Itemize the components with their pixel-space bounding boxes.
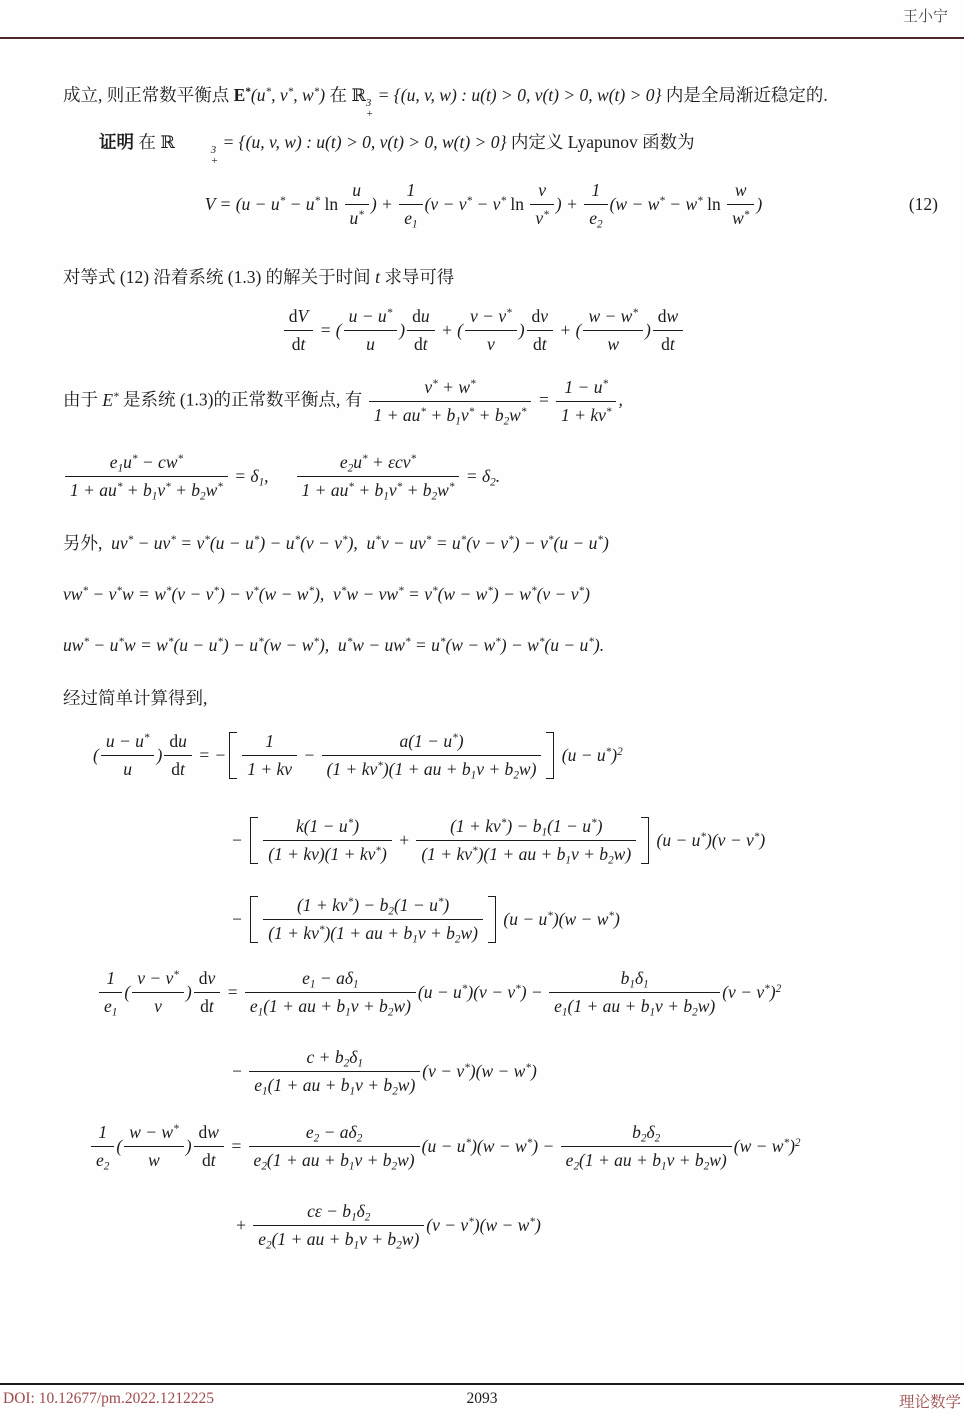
- math-text: ): [399, 320, 405, 341]
- math-text: ,: [618, 390, 622, 410]
- fraction: (1 + kv*) − b1(1 − u*)(1 + kv*)(1 + au +…: [416, 815, 636, 866]
- fraction: w − w*w: [124, 1121, 184, 1172]
- fraction: dvdt: [194, 967, 221, 1018]
- fraction: 1e2: [91, 1121, 114, 1172]
- math-text: = δ2.: [461, 466, 500, 487]
- math-text: −: [299, 745, 320, 766]
- math-text: + (: [437, 320, 463, 341]
- equation-u-line-1: (u − u*u)dudt = −11 + kv − a(1 − u*)(1 +…: [63, 730, 904, 781]
- fraction: 1e1: [99, 967, 122, 1018]
- math-text: (w − w*)2: [734, 1136, 801, 1157]
- para-identities-2: vw* − v*w = w*(v − v*) − v*(w − w*), v*w…: [63, 579, 904, 609]
- math-text: = (: [315, 320, 341, 341]
- math-text: (u − u*)(w − w*) −: [422, 1136, 559, 1157]
- math-text: (u − u*)(v − v*): [652, 830, 765, 851]
- math-text: (: [116, 1136, 122, 1157]
- footer: DOI: 10.12677/pm.2022.1212225 2093 理论数学: [0, 1390, 964, 1412]
- math-text: V = (u − u* − u* ln: [205, 194, 343, 215]
- fraction: e2u* + εcv*1 + au* + b1v* + b2w*: [297, 451, 460, 502]
- math-text: (u − u*)(w − w*): [499, 909, 620, 930]
- equation-u-line-3: − (1 + kv*) − b2(1 − u*)(1 + kv*)(1 + au…: [63, 894, 904, 945]
- bracket-left: [229, 732, 237, 779]
- math-text: (v − v*)(w − w*): [426, 1215, 541, 1236]
- bracket-left: [250, 817, 258, 864]
- fraction: dwdt: [653, 305, 683, 356]
- fraction: k(1 − u*)(1 + kv)(1 + kv*): [263, 815, 392, 866]
- math-text: +: [394, 830, 415, 851]
- fraction: 11 + kv: [242, 730, 297, 781]
- fraction: 1e1: [399, 179, 422, 230]
- bracket-right: [546, 732, 554, 779]
- fraction: e2 − aδ2e2(1 + au + b1v + b2w): [249, 1121, 420, 1172]
- fraction: a(1 − u*)(1 + kv*)(1 + au + b1v + b2w): [322, 730, 542, 781]
- math-text: 内定义 Lyapunov 函数为: [506, 132, 694, 152]
- bracket-right: [641, 817, 649, 864]
- math-text: 对等式 (12) 沿着系统 (1.3) 的解关于时间: [63, 267, 375, 287]
- math-text: = −: [194, 745, 226, 766]
- header-author: 王小宁: [903, 5, 948, 26]
- fraction: vv*: [530, 179, 553, 230]
- fraction: cε − b1δ2e2(1 + au + b1v + b2w): [253, 1200, 424, 1251]
- math-text: ) +: [371, 194, 397, 215]
- para-derivative-intro: 对等式 (12) 沿着系统 (1.3) 的解关于时间 t 求导可得: [63, 260, 904, 295]
- math-text: E*: [102, 390, 118, 410]
- para-conclusion: 成立, 则正常数平衡点 E*(u*, v*, w*) 在 ℝ3+ = {(u, …: [63, 78, 904, 121]
- math-text: E*: [234, 85, 251, 105]
- equation-w-line-2: + cε − b1δ2e2(1 + au + b1v + b2w)(v − v*…: [63, 1200, 904, 1251]
- para-proof-intro: 证明 在 ℝ3+ = {(u, v, w) : u(t) > 0, v(t) >…: [63, 125, 904, 168]
- math-text: uv* − uv* = v*(u − u*) − u*(v − v*), u*v…: [111, 533, 609, 553]
- math-text: ): [756, 194, 762, 215]
- fraction: v* + w*1 + au* + b1v* + b2w*: [369, 376, 532, 427]
- math-text: ℝ3+ = {(u, v, w) : u(t) > 0, v(t) > 0, w…: [160, 132, 506, 152]
- math-text: (: [124, 982, 130, 1003]
- footer-rule: [0, 1383, 964, 1385]
- math-text: ): [186, 982, 192, 1003]
- fraction: b2δ2e2(1 + au + b1v + b2w): [561, 1121, 732, 1172]
- fraction: w − w*w: [583, 305, 643, 356]
- math-text: 在: [325, 85, 351, 105]
- fraction: uu*: [345, 179, 369, 230]
- math-text: ): [645, 320, 651, 341]
- math-text: −: [231, 909, 247, 930]
- para-equilibrium-relations: 由于 E* 是系统 (1.3)的正常数平衡点, 有 v* + w*1 + au*…: [63, 376, 904, 427]
- header-rule: [0, 37, 964, 39]
- equation-dVdt: dVdt = (u − u*u)dudt + (v − v*v)dvdt + (…: [63, 305, 904, 356]
- math-text: vw* − v*w = w*(v − v*) − v*(w − w*), v*w…: [63, 584, 590, 604]
- math-text: 求导可得: [380, 267, 454, 287]
- equation-12-lyapunov: V = (u − u* − u* ln uu*) + 1e1(v − v* − …: [63, 179, 904, 230]
- math-text: −: [231, 1061, 247, 1082]
- equation-w-line-1: 1e2(w − w*w)dwdt = e2 − aδ2e2(1 + au + b…: [63, 1121, 904, 1172]
- fraction: dVdt: [284, 305, 313, 356]
- fraction: b1δ1e1(1 + au + b1v + b2w): [549, 967, 720, 1018]
- math-text: ) +: [556, 194, 582, 215]
- math-text: (: [93, 745, 99, 766]
- math-text: (w − w* − w* ln: [610, 194, 726, 215]
- para-identities-3: uw* − u*w = w*(u − u*) − u*(w − w*), u*w…: [63, 630, 904, 660]
- equation-v-line-2: − c + b2δ1e1(1 + au + b1v + b2w)(v − v*)…: [63, 1046, 904, 1097]
- footer-journal: 理论数学: [899, 1390, 961, 1412]
- math-text: + (: [555, 320, 581, 341]
- math-text: 在: [134, 132, 160, 152]
- math-text: (v − v* − v* ln: [425, 194, 529, 215]
- equation-number: (12): [909, 194, 938, 215]
- math-text: 另外,: [63, 533, 111, 553]
- math-text: 内是全局渐近稳定的.: [662, 85, 828, 105]
- math-text: (u − u*)(v − v*) −: [418, 982, 547, 1003]
- math-text: 是系统 (1.3)的正常数平衡点, 有: [119, 390, 367, 410]
- math-text: =: [226, 1136, 247, 1157]
- math-text: = δ1,: [230, 466, 269, 487]
- fraction: c + b2δ1e1(1 + au + b1v + b2w): [249, 1046, 420, 1097]
- math-text: (u*, v*, w*): [251, 85, 325, 105]
- math-text: ℝ3+ = {(u, v, w) : u(t) > 0, v(t) > 0, w…: [351, 85, 661, 105]
- math-text: ): [186, 1136, 192, 1157]
- fraction: dwdt: [194, 1121, 224, 1172]
- footer-page-number: 2093: [0, 1390, 964, 1408]
- math-text: (u − u*)2: [557, 745, 622, 766]
- math-text: =: [222, 982, 243, 1003]
- fraction: u − u*u: [101, 730, 155, 781]
- math-text: uw* − u*w = w*(u − u*) − u*(w − w*), u*w…: [63, 635, 604, 655]
- math-text: =: [533, 390, 554, 410]
- math-text: −: [231, 830, 247, 851]
- fraction: dudt: [407, 305, 435, 356]
- fraction: v − v*v: [465, 305, 517, 356]
- para-identities-1: 另外, uv* − uv* = v*(u − u*) − u*(v − v*),…: [63, 528, 904, 558]
- fraction: ww*: [727, 179, 754, 230]
- math-text: 证明: [99, 132, 134, 152]
- math-text: (v − v*)2: [722, 982, 781, 1003]
- bracket-right: [488, 896, 496, 943]
- para-computation-intro: 经过简单计算得到,: [63, 683, 904, 713]
- fraction: 1 − u*1 + kv*: [556, 376, 616, 427]
- fraction: u − u*u: [344, 305, 398, 356]
- fraction: e1u* − cw*1 + au* + b1v* + b2w*: [65, 451, 228, 502]
- math-text: 由于: [63, 390, 102, 410]
- fraction: e1 − aδ1e1(1 + au + b1v + b2w): [245, 967, 416, 1018]
- math-text: 成立, 则正常数平衡点: [63, 85, 234, 105]
- equation-u-line-2: − k(1 − u*)(1 + kv)(1 + kv*) + (1 + kv*)…: [63, 815, 904, 866]
- content: 成立, 则正常数平衡点 E*(u*, v*, w*) 在 ℝ3+ = {(u, …: [63, 60, 904, 1251]
- equation-deltas: e1u* − cw*1 + au* + b1v* + b2w* = δ1,e2u…: [63, 451, 904, 502]
- math-text: ): [156, 745, 162, 766]
- math-text: +: [235, 1215, 251, 1236]
- bracket-left: [250, 896, 258, 943]
- math-text: ): [519, 320, 525, 341]
- fraction: v − v*v: [132, 967, 184, 1018]
- equation-v-line-1: 1e1(v − v*v)dvdt = e1 − aδ1e1(1 + au + b…: [63, 967, 904, 1018]
- math-text: 经过简单计算得到,: [63, 688, 207, 708]
- math-text: (v − v*)(w − w*): [422, 1061, 537, 1082]
- fraction: (1 + kv*) − b2(1 − u*)(1 + kv*)(1 + au +…: [263, 894, 483, 945]
- fraction: 1e2: [584, 179, 607, 230]
- fraction: dvdt: [527, 305, 554, 356]
- fraction: dudt: [164, 730, 192, 781]
- paper-page: 王小宁 成立, 则正常数平衡点 E*(u*, v*, w*) 在 ℝ3+ = {…: [0, 0, 964, 1414]
